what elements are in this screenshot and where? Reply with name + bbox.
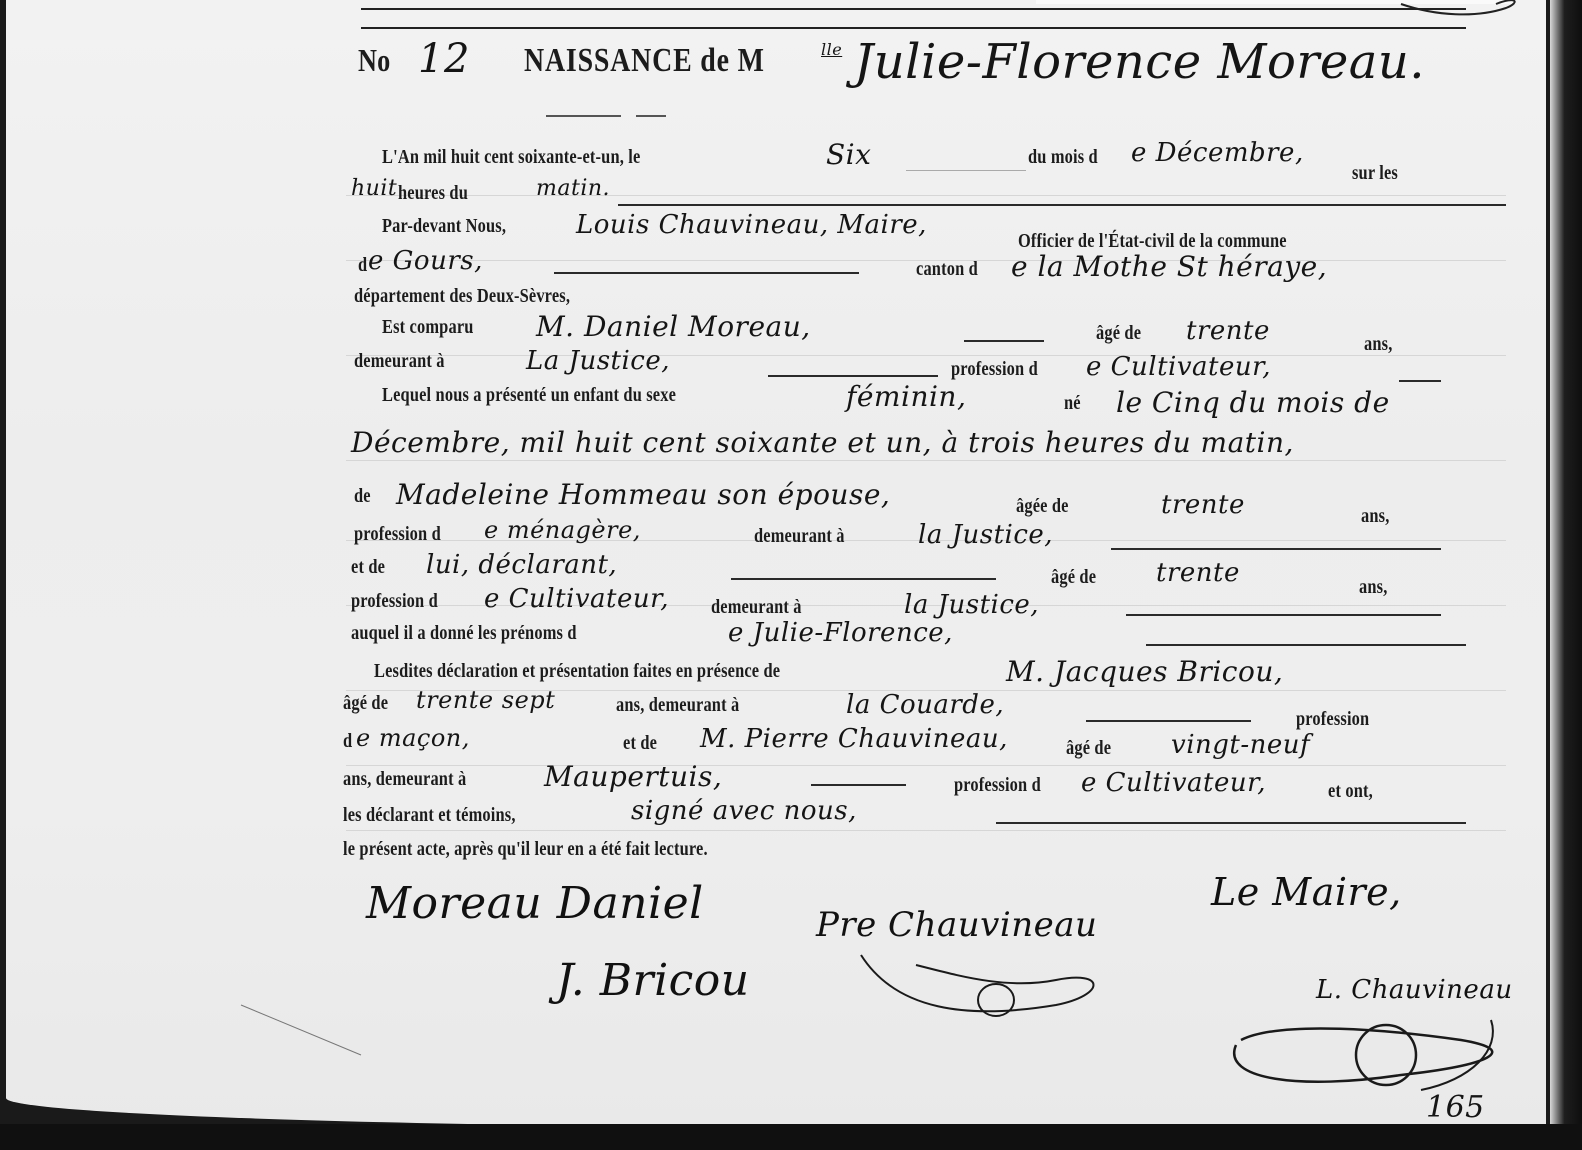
field-witness1: M. Jacques Bricou, (1006, 655, 1283, 688)
signature-mayor: L. Chauvineau (1316, 975, 1513, 1005)
field-declarant-name: M. Daniel Moreau, (536, 310, 811, 343)
rule-line (346, 830, 1506, 831)
signature-declarant: Moreau Daniel (366, 878, 704, 929)
field-hour: huit (351, 176, 397, 201)
text-ans: ans, (1364, 333, 1392, 356)
text-ans: ans, (1359, 576, 1387, 599)
blank-line (554, 272, 859, 274)
text-age-de: âgé de (343, 692, 388, 715)
stray-mark-icon (236, 1000, 366, 1060)
blank-line (1146, 644, 1466, 646)
field-witness2-age: vingt-neuf (1171, 730, 1310, 760)
field-mother-profession: e ménagère, (484, 516, 641, 544)
rule-line (346, 765, 1506, 766)
text-departement: département des Deux-Sèvres, (354, 285, 570, 308)
text-et-de: et de (623, 732, 657, 755)
scan-border-right (1550, 0, 1582, 1150)
text-demeurant: demeurant à (754, 525, 845, 548)
title-underline (636, 115, 666, 117)
field-signed-with: signé avec nous, (631, 796, 857, 826)
page-number: 165 (1426, 1090, 1485, 1125)
field-day: Six (826, 138, 871, 171)
field-witness2: M. Pierre Chauvineau, (700, 724, 1008, 754)
blank-line (731, 578, 996, 580)
field-declarant-residence: La Justice, (526, 346, 670, 376)
text-d: d (343, 730, 352, 753)
text-prenoms: auquel il a donné les prénoms d (351, 622, 577, 645)
blank-line (1111, 548, 1441, 550)
child-full-name: Julie-Florence Moreau. (854, 34, 1425, 90)
blank-line (1399, 380, 1441, 382)
text-ans: ans, (1361, 505, 1389, 528)
text-demeurant: ans, demeurant à (616, 694, 739, 717)
text-et-de: et de (351, 556, 385, 579)
mayor-flourish-icon (1221, 1010, 1521, 1100)
text-canton: canton d (916, 258, 978, 281)
signature-witness2: Pre Chauvineau (816, 905, 1097, 945)
field-canton: e la Mothe St héraye, (1011, 250, 1327, 283)
field-witness1-residence: la Couarde, (846, 690, 1004, 720)
text-demeurant: ans, demeurant à (343, 768, 466, 791)
field-witness2-residence: Maupertuis, (544, 760, 722, 793)
text-est-comparu: Est comparu (382, 316, 474, 339)
text-lequel: Lequel nous a présenté un enfant du sexe (382, 384, 676, 407)
text-profession: profession (1296, 708, 1369, 731)
field-father-profession: e Cultivateur, (484, 584, 669, 614)
field-witness2-profession: e Cultivateur, (1081, 768, 1266, 798)
blank-line (996, 822, 1466, 824)
scan-border-bottom (0, 1124, 1582, 1150)
field-witness1-age: trente sept (416, 686, 555, 714)
text-month-label: du mois d (1028, 146, 1098, 169)
text-age-de: âgé de (1066, 737, 1111, 760)
field-commune: e Gours, (368, 246, 483, 276)
entry-number-value: 12 (418, 36, 470, 82)
field-given-names: e Julie-Florence, (728, 618, 953, 648)
title-underline (546, 115, 621, 117)
blank-line (1086, 720, 1251, 722)
field-sex: féminin, (846, 380, 966, 413)
field-declarant-profession: e Cultivateur, (1086, 352, 1271, 382)
field-father-residence: la Justice, (904, 590, 1039, 620)
document-title: NAISSANCE de M (524, 42, 765, 80)
blank-line (1126, 614, 1441, 616)
text-lecture: le présent acte, après qu'il leur en a é… (343, 838, 708, 861)
field-mother: Madeleine Hommeau son épouse, (396, 478, 890, 511)
text-age-de: âgé de (1051, 566, 1096, 589)
text-demeurant: demeurant à (711, 596, 802, 619)
signature-flourish-icon (856, 950, 1116, 1030)
text-ne: né (1064, 392, 1081, 415)
text-year: L'An mil huit cent soixante-et-un, le (382, 146, 640, 169)
field-father-age: trente (1156, 558, 1240, 588)
entry-number-label: No (358, 42, 390, 79)
rule-line (346, 355, 1506, 356)
text-declarant-temoins: les déclarant et témoins, (343, 804, 516, 827)
text-demeurant: demeurant à (354, 350, 445, 373)
field-birth-date-a: le Cinq du mois de (1116, 386, 1390, 419)
signature-witness1: J. Bricou (556, 955, 750, 1006)
text-et-ont: et ont, (1328, 780, 1373, 803)
blank-line (768, 375, 938, 377)
blank-line (964, 340, 1044, 342)
top-rule-1 (361, 8, 1466, 10)
blank-line (906, 170, 1026, 171)
text-profession: profession d (351, 590, 438, 613)
register-page: No 12 NAISSANCE de M lle Julie-Florence … (6, 0, 1546, 1128)
rule-line (346, 195, 1506, 196)
blank-line (618, 204, 1506, 206)
text-d: d (358, 254, 367, 277)
field-father: lui, déclarant, (426, 550, 617, 580)
field-mother-age: trente (1161, 490, 1245, 520)
field-month: e Décembre, (1131, 138, 1304, 168)
text-lesdites: Lesdites déclaration et présentation fai… (374, 660, 780, 683)
text-de: de (354, 485, 371, 508)
mayor-label: Le Maire, (1211, 870, 1402, 914)
field-officer: Louis Chauvineau, Maire, (576, 210, 927, 240)
text-profession: profession d (954, 774, 1041, 797)
flourish-icon (1396, 0, 1526, 22)
text-agee-de: âgée de (1016, 495, 1069, 518)
top-rule-2 (361, 27, 1466, 29)
text-profession: profession d (951, 358, 1038, 381)
field-declarant-age: trente (1186, 316, 1270, 346)
field-birth-date-b: Décembre, mil huit cent soixante et un, … (351, 426, 1294, 459)
text-par-devant: Par-devant Nous, (382, 215, 506, 238)
text-sur-les: sur les (1352, 162, 1398, 185)
text-heures-du: heures du (398, 182, 468, 205)
field-witness1-profession: e maçon, (356, 724, 470, 752)
rule-line (346, 460, 1506, 461)
field-period: matin. (536, 176, 610, 201)
text-age-de: âgé de (1096, 322, 1141, 345)
field-mother-residence: la Justice, (918, 520, 1053, 550)
blank-line (811, 784, 906, 786)
text-profession: profession d (354, 523, 441, 546)
title-superscript: lle (821, 40, 842, 59)
